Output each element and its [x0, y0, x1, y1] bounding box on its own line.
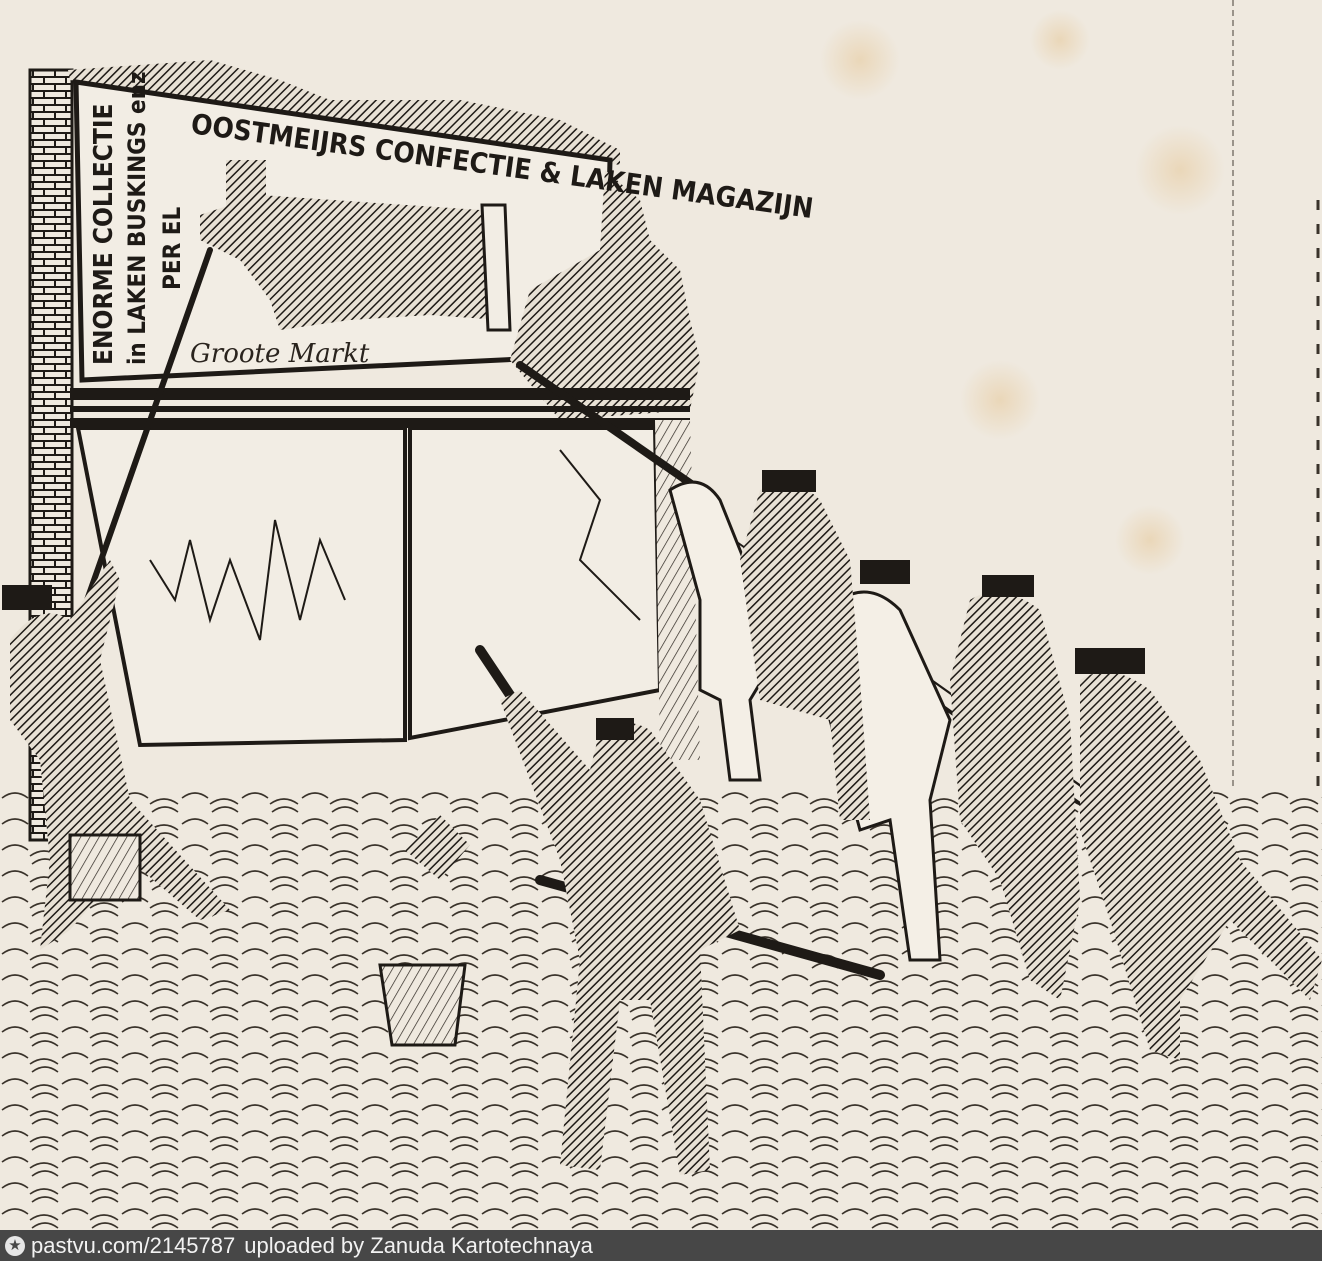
sign-side-text-3: PER EL	[158, 207, 186, 290]
watermark-bar: ★ pastvu.com/2145787 uploaded by Zanuda …	[0, 1230, 1322, 1261]
pastvu-link[interactable]: pastvu.com/2145787	[31, 1233, 235, 1259]
uploaded-by-text: uploaded by Zanuda Kartotechnaya	[244, 1233, 593, 1259]
sign-side-text-2: in LAKEN BUSKINGS enz	[123, 71, 151, 365]
sign-side-text-1: ENORME COLLECTIE	[89, 104, 119, 366]
sign-script-text: Groote Markt	[190, 339, 370, 369]
bucket	[380, 965, 465, 1045]
engraving-illustration: OOSTMEIJRS CONFECTIE & LAKEN MAGAZIJN EN…	[0, 0, 1322, 1230]
star-icon: ★	[5, 1236, 25, 1256]
